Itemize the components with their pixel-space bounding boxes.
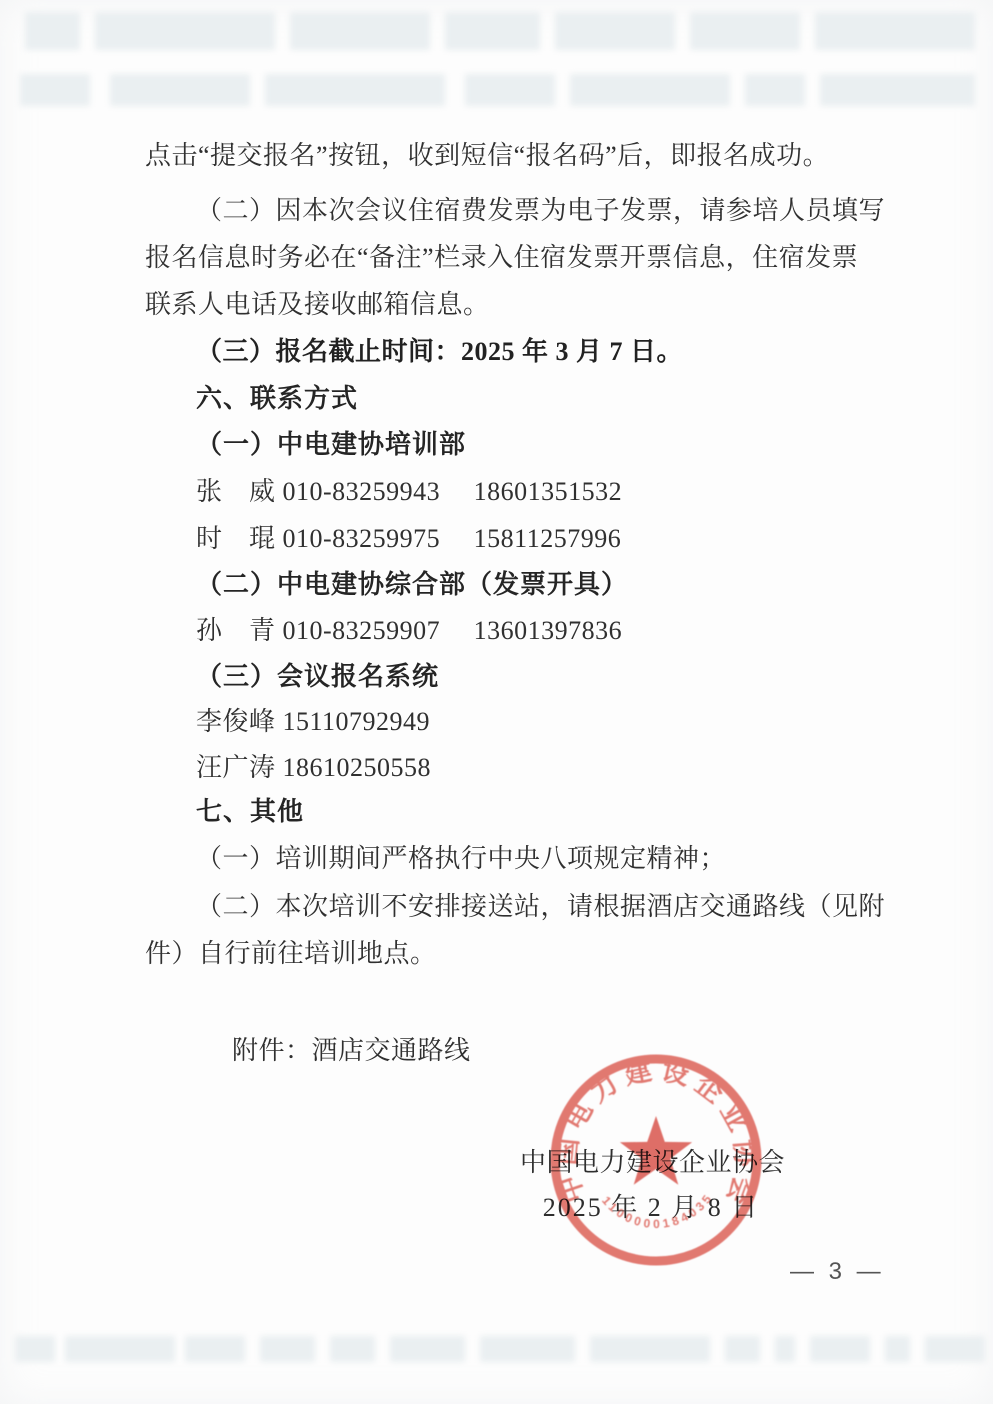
ghost-text-artifact [0, 12, 993, 50]
body-line: 报名信息时务必在“备注”栏录入住宿发票开票信息，住宿发票 [145, 243, 858, 273]
body-line: （一）培训期间严格执行中央八项规定精神； [196, 844, 726, 874]
signature-date: 2025 年 2 月 8 日 [520, 1187, 782, 1224]
contact-line: 张 威 010-83259943 18601351532 [196, 477, 622, 507]
body-line: 点击“提交报名”按钮，收到短信“报名码”后，即报名成功。 [145, 141, 829, 171]
contact-line: 孙 青 010-83259907 13601397836 [196, 616, 622, 646]
page-number: — 3 — [790, 1258, 885, 1286]
subsection-heading-general-dept: （二）中电建协综合部（发票开具） [196, 570, 628, 600]
attachment-note: 附件：酒店交通路线 [232, 1036, 471, 1066]
seal-org-name: 中国电力建设企业协会 [551, 1055, 761, 1208]
signature-org: 中国电力建设企业协会 [520, 1142, 782, 1179]
contact-line: 李俊峰 15110792949 [196, 707, 430, 737]
section-heading-other: 七、其他 [196, 797, 304, 827]
ghost-text-artifact [0, 1336, 993, 1362]
body-line: 件）自行前往培训地点。 [145, 939, 437, 969]
deadline-line: （三）报名截止时间：2025 年 3 月 7 日。 [196, 337, 683, 367]
subsection-heading-registration-system: （三）会议报名系统 [196, 662, 439, 692]
body-line: （二）因本次会议住宿费发票为电子发票，请参培人员填写 [196, 196, 885, 226]
ghost-text-artifact [0, 74, 993, 106]
body-line: （二）本次培训不安排接送站，请根据酒店交通路线（见附 [196, 892, 885, 922]
document-page: 点击“提交报名”按钮，收到短信“报名码”后，即报名成功。 （二）因本次会议住宿费… [0, 0, 993, 1404]
section-heading-contact: 六、联系方式 [196, 384, 358, 414]
contact-line: 汪广涛 18610250558 [196, 753, 431, 783]
body-line: 联系人电话及接收邮箱信息。 [145, 290, 490, 320]
contact-line: 时 琨 010-83259975 15811257996 [196, 524, 621, 554]
subsection-heading-training-dept: （一）中电建协培训部 [196, 430, 466, 460]
